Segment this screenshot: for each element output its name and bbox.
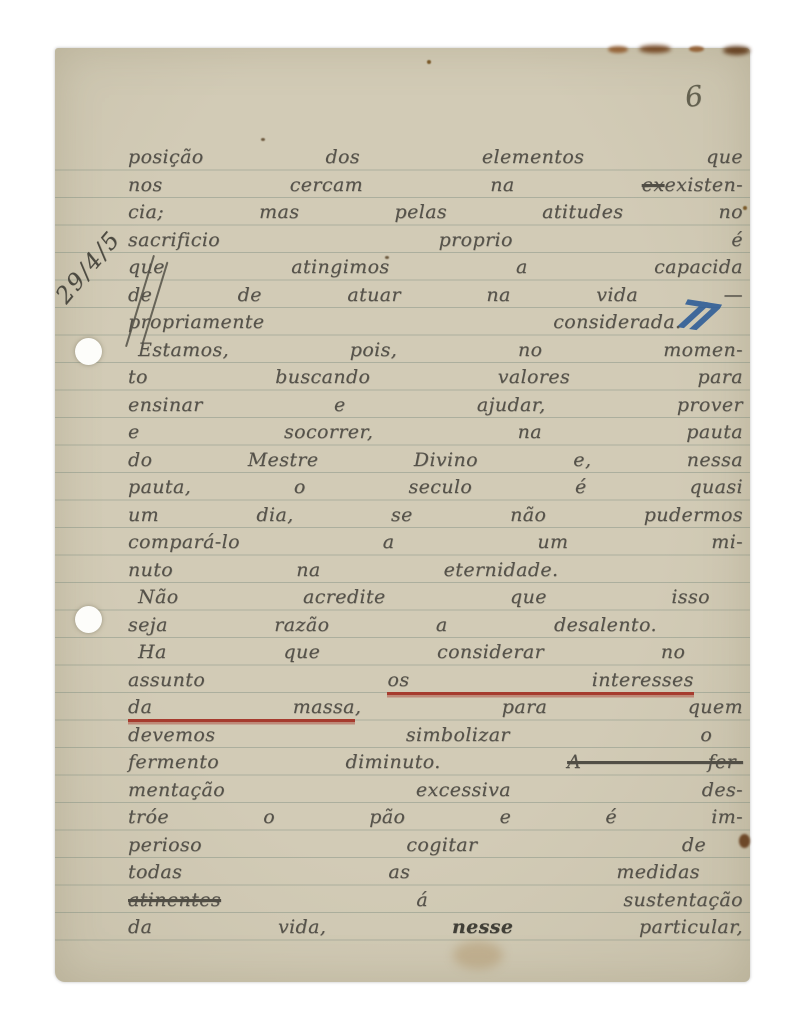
handwriting-line: tróe o pão e é im-: [128, 804, 743, 832]
handwriting-segment: devemos simbolizar o: [128, 724, 712, 746]
handwriting-line: Não acredite que isso: [128, 584, 710, 612]
handwriting-segment: perioso cogitar de: [128, 834, 706, 856]
handwriting-segment: cia; mas pelas atitudes no: [128, 201, 743, 223]
margin-date-note: 29/4/5: [51, 226, 126, 309]
handwriting-line: nos cercam na exexisten-: [128, 172, 743, 200]
handwriting-line: ensinar e ajudar, prover: [128, 392, 743, 420]
handwriting-segment: propriamente considerada.: [128, 311, 682, 333]
punch-hole: [75, 338, 102, 365]
handwriting-line: assunto os interesses: [128, 667, 694, 695]
punch-hole: [75, 606, 102, 633]
handwriting-line: da vida, nesse particular,: [128, 914, 743, 942]
handwriting-line: fermento diminuto. A fer-: [128, 749, 743, 777]
burn-stain: [723, 46, 750, 55]
handwriting-line: pauta, o seculo é quasi: [128, 474, 743, 502]
handwriting-segment: existen-: [664, 174, 743, 196]
handwriting-segment: nuto na eternidade.: [128, 559, 559, 581]
handwriting-segment: da vida,: [128, 916, 452, 938]
handwriting-segment-redline: os interesses: [387, 669, 693, 695]
handwritten-text-block: posição dos elementos quenos cercam na e…: [128, 144, 743, 942]
handwriting-line: cia; mas pelas atitudes no: [128, 199, 743, 227]
page-number: 6: [683, 79, 705, 114]
paper-speck: [743, 206, 747, 210]
handwriting-line: e socorrer, na pauta: [128, 419, 743, 447]
handwriting-line: propriamente considerada.: [128, 309, 682, 337]
handwriting-line: seja razão a desalento.: [128, 612, 657, 640]
handwriting-line: Estamos, pois, no momen-: [128, 337, 743, 365]
handwriting-segment-over: nesse: [452, 916, 513, 938]
handwriting-segment: á sustentação: [221, 889, 743, 911]
handwriting-segment: de de atuar na vida —: [128, 284, 743, 306]
manuscript-page: 6 29/4/5 77 posição dos elementos quenos…: [55, 48, 750, 982]
burn-stain: [689, 46, 704, 52]
handwriting-segment: posição dos elementos que: [128, 146, 743, 168]
handwriting-segment: seja razão a desalento.: [128, 614, 657, 636]
handwriting-segment: e socorrer, na pauta: [128, 421, 743, 443]
handwriting-line: posição dos elementos que: [128, 144, 743, 172]
scanned-document: { "page": { "number": "6", "margin_note"…: [0, 0, 807, 1024]
handwriting-segment: que atingimos a capacida: [128, 256, 743, 278]
paper-stain: [453, 941, 503, 969]
handwriting-segment: particular,: [513, 916, 743, 938]
paper-speck: [261, 138, 265, 141]
paper-speck: [427, 60, 431, 64]
handwriting-line: de de atuar na vida —: [128, 282, 743, 310]
handwriting-segment: todas as medidas: [128, 861, 700, 883]
handwriting-segment: um dia, se não pudermos: [128, 504, 743, 526]
handwriting-segment: compará-lo a um mi-: [128, 531, 743, 553]
handwriting-segment: Estamos, pois, no momen-: [138, 339, 743, 361]
handwriting-line: todas as medidas: [128, 859, 700, 887]
handwriting-segment-redline: da massa: [128, 696, 355, 722]
handwriting-line: compará-lo a um mi-: [128, 529, 743, 557]
handwriting-segment: do Mestre Divino e, nessa: [128, 449, 743, 471]
burn-stain: [608, 46, 628, 53]
handwriting-line: um dia, se não pudermos: [128, 502, 743, 530]
handwriting-line: da massa, para quem: [128, 694, 743, 722]
handwriting-segment-strike: ex: [642, 174, 665, 196]
handwriting-segment: assunto: [128, 669, 387, 691]
burn-stain: [639, 45, 671, 53]
handwriting-segment: pauta, o seculo é quasi: [128, 476, 743, 498]
handwriting-segment: tróe o pão e é im-: [128, 806, 743, 828]
handwriting-line: to buscando valores para: [128, 364, 743, 392]
handwriting-line: nuto na eternidade.: [128, 557, 559, 585]
handwriting-segment: mentação excessiva des-: [128, 779, 743, 801]
handwriting-line: mentação excessiva des-: [128, 777, 743, 805]
handwriting-line: do Mestre Divino e, nessa: [128, 447, 743, 475]
handwriting-segment-strike: A fer-: [567, 751, 743, 773]
handwriting-line: atinentes á sustentação: [128, 887, 743, 915]
handwriting-segment: sacrificio proprio é: [128, 229, 743, 251]
handwriting-line: devemos simbolizar o: [128, 722, 712, 750]
handwriting-segment: to buscando valores para: [128, 366, 743, 388]
handwriting-line: sacrificio proprio é: [128, 227, 743, 255]
handwriting-line: perioso cogitar de: [128, 832, 706, 860]
handwriting-line: Ha que considerar no: [128, 639, 685, 667]
handwriting-segment: nos cercam na: [128, 174, 642, 196]
handwriting-segment-strike: atinentes: [128, 889, 221, 911]
handwriting-segment: fermento diminuto.: [128, 751, 567, 773]
handwriting-segment: ensinar e ajudar, prover: [128, 394, 743, 416]
handwriting-segment: , para quem: [355, 696, 743, 718]
handwriting-segment: Ha que considerar no: [138, 641, 685, 663]
handwriting-segment: Não acredite que isso: [138, 586, 710, 608]
handwriting-line: que atingimos a capacida: [128, 254, 743, 282]
